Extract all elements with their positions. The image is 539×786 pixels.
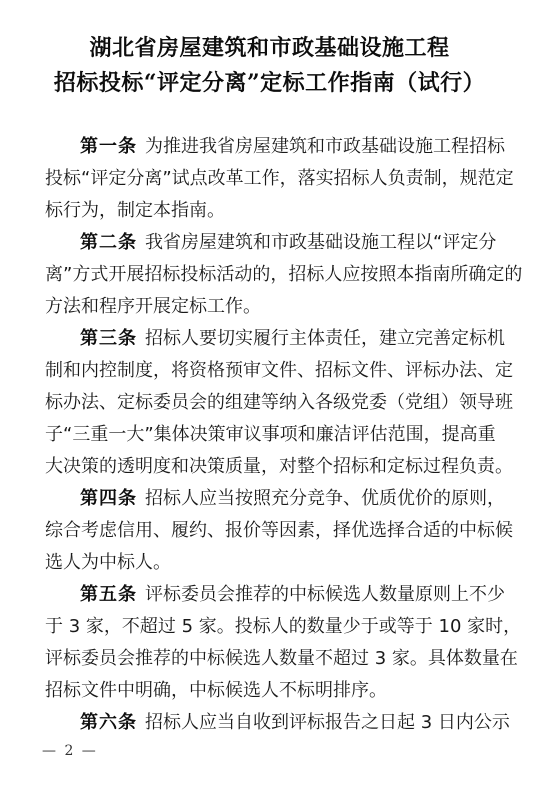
article-5-line-4: 招标文件中明确，中标候选人不标明排序。: [45, 679, 482, 703]
article-5-line-3: 评标委员会推荐的中标候选人数量不超过 3 家。具体数量在: [45, 647, 482, 671]
article-6-label: 第六条: [80, 712, 137, 733]
article-1-line-2: 投标“评定分离”试点改革工作，落实招标人负责制，规范定: [45, 167, 482, 191]
article-2-line-3: 方法和程序开展定标工作。: [45, 295, 482, 319]
page-number: — 2 —: [42, 742, 98, 760]
article-5-line-1: 第五条评标委员会推荐的中标候选人数量原则上不少: [80, 583, 482, 607]
article-4-line-3: 选人为中标人。: [45, 551, 482, 575]
article-1-line-3: 标行为，制定本指南。: [45, 199, 482, 223]
article-text: 评标委员会推荐的中标候选人数量原则上不少: [145, 584, 505, 605]
article-text: 为推进我省房屋建筑和市政基础设施工程招标: [145, 136, 505, 157]
article-3-line-2: 制和内控制度，将资格预审文件、招标文件、评标办法、定: [45, 359, 482, 383]
article-4-line-1: 第四条招标人应当按照充分竞争、优质优价的原则，: [80, 487, 482, 511]
article-3-line-3: 标办法、定标委员会的组建等纳入各级党委（党组）领导班: [45, 391, 482, 415]
article-6-line-1: 第六条招标人应当自收到评标报告之日起 3 日内公示: [80, 711, 482, 735]
article-3-line-5: 大决策的透明度和决策质量，对整个招标和定标过程负责。: [45, 455, 482, 479]
document-title-line-2: 招标投标“评定分离”定标工作指南（试行）: [0, 70, 539, 96]
article-2-line-2: 离”方式开展招标投标活动的，招标人应按照本指南所确定的: [45, 263, 482, 287]
article-text: 招标人应当按照充分竞争、优质优价的原则，: [145, 488, 505, 509]
article-5-label: 第五条: [80, 584, 137, 605]
article-3-line-4: 子“三重一大”集体决策审议事项和廉洁评估范围，提高重: [45, 423, 482, 447]
article-5-line-2: 于 3 家，不超过 5 家。投标人的数量少于或等于 10 家时，: [45, 615, 482, 639]
document-title-line-1: 湖北省房屋建筑和市政基础设施工程: [0, 35, 539, 61]
article-4-line-2: 综合考虑信用、履约、报价等因素，择优选择合适的中标候: [45, 519, 482, 543]
article-1-line-1: 第一条为推进我省房屋建筑和市政基础设施工程招标: [80, 135, 482, 159]
article-text: 招标人应当自收到评标报告之日起 3 日内公示: [145, 712, 510, 733]
article-text: 我省房屋建筑和市政基础设施工程以“评定分: [145, 232, 496, 253]
article-1-label: 第一条: [80, 136, 137, 157]
article-2-label: 第二条: [80, 232, 137, 253]
article-4-label: 第四条: [80, 488, 137, 509]
article-3-label: 第三条: [80, 328, 137, 349]
article-text: 招标人要切实履行主体责任，建立完善定标机: [145, 328, 505, 349]
article-3-line-1: 第三条招标人要切实履行主体责任，建立完善定标机: [80, 327, 482, 351]
article-2-line-1: 第二条我省房屋建筑和市政基础设施工程以“评定分: [80, 231, 482, 255]
